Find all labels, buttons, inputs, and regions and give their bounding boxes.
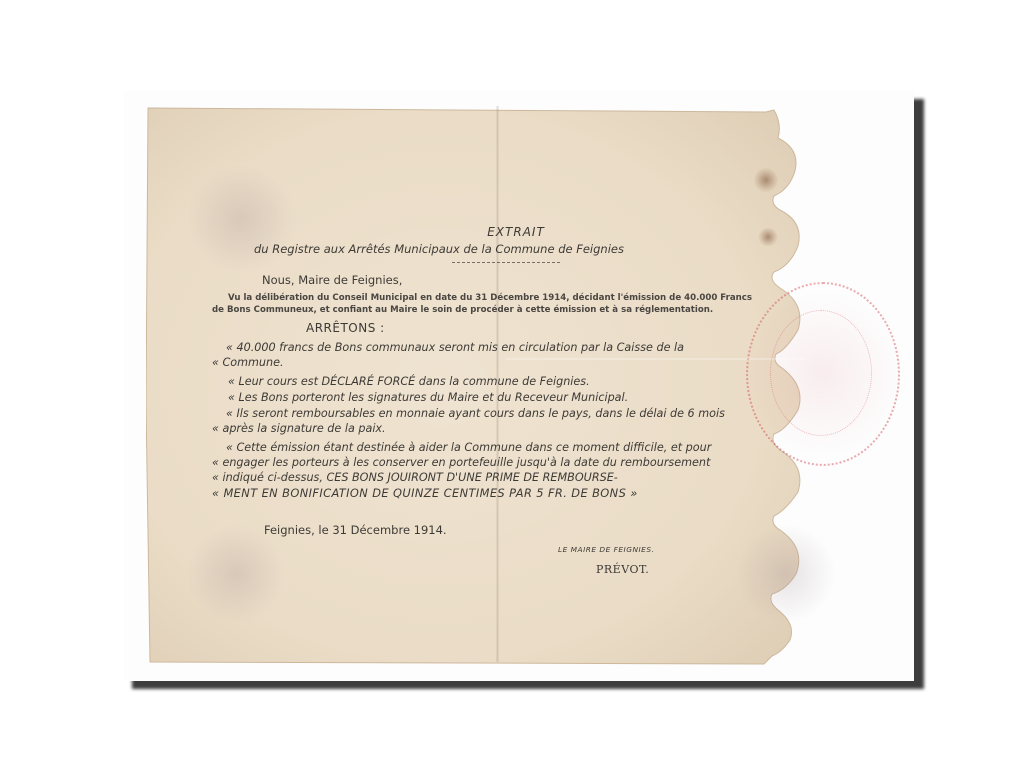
banknote: EXTRAIT du Registre aux Arrêtés Municipa… [146, 104, 866, 666]
article-line: « engager les porteurs à les conserver e… [212, 457, 710, 468]
horizontal-fold [506, 358, 806, 360]
show-through-vignette-bl [186, 524, 286, 624]
article-line: « indiqué ci-dessus, CES BONS JOUIRONT D… [212, 472, 618, 483]
document-subtitle: du Registre aux Arrêtés Municipaux de la… [254, 244, 624, 256]
arretons-heading: ARRÊTONS : [306, 322, 385, 334]
stain-spot-1 [754, 168, 778, 192]
article-line: « MENT EN BONIFICATION DE QUINZE CENTIME… [212, 488, 638, 499]
image-stage: EXTRAIT du Registre aux Arrêtés Municipa… [0, 0, 1024, 768]
signatory-name: PRÉVOT. [596, 564, 649, 575]
show-through-vignette-tl [186, 164, 296, 274]
article-line: « Commune. [212, 357, 284, 368]
title-divider [452, 262, 560, 263]
article-line: « 40.000 francs de Bons communaux seront… [226, 342, 684, 353]
article-line: « Leur cours est DÉCLARÉ FORCÉ dans la c… [228, 376, 590, 387]
article-line: « Ils seront remboursables en monnaie ay… [226, 408, 725, 419]
preamble-nous: Nous, Maire de Feignies, [262, 275, 402, 287]
article-line: « Les Bons porteront les signatures du M… [228, 392, 628, 403]
place-and-date: Feignies, le 31 Décembre 1914. [264, 525, 447, 537]
signatory-title: LE MAIRE DE FEIGNIES. [558, 546, 654, 553]
red-municipal-stamp [746, 282, 900, 466]
stamp-inner-ring [770, 310, 872, 436]
show-through-vignette-br [736, 524, 836, 624]
article-line: « après la signature de la paix. [212, 423, 386, 434]
preamble-line-2: de Bons Communeux, et confiant au Maire … [212, 306, 713, 315]
preamble-line-1: Vu la délibération du Conseil Municipal … [228, 294, 752, 303]
document-title: EXTRAIT [146, 226, 866, 238]
article-line: « Cette émission étant destinée à aider … [226, 442, 711, 453]
